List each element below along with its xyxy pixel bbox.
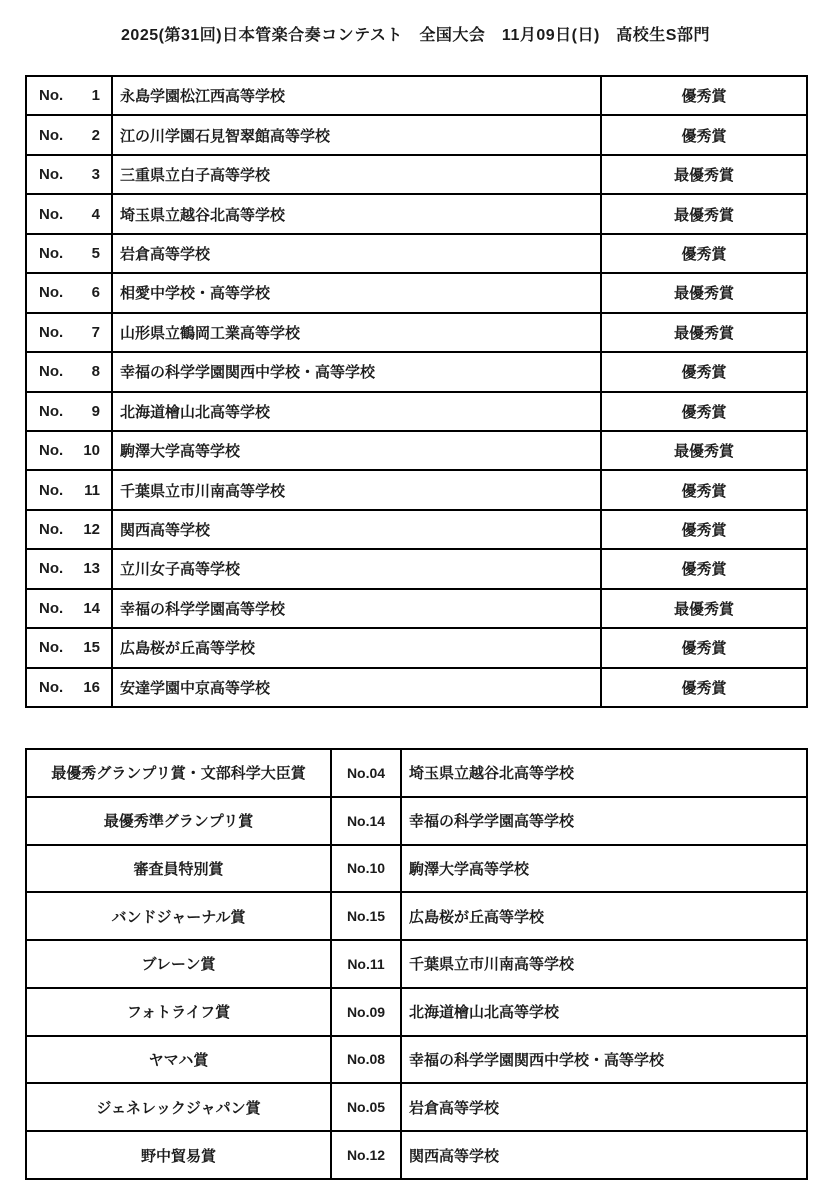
entry-number: 15 xyxy=(83,639,100,656)
result-row: No. 3 三重県立白子高等学校 最優秀賞 xyxy=(26,155,807,194)
winner-entry-number: No.09 xyxy=(331,988,401,1036)
entry-number-prefix: No. xyxy=(39,87,63,104)
school-name: 永島学園松江西高等学校 xyxy=(112,76,601,115)
entry-number-cell: No. 9 xyxy=(26,392,112,431)
entry-number-prefix: No. xyxy=(39,521,63,538)
winner-school-name: 広島桜が丘高等学校 xyxy=(401,892,807,940)
result-row: No. 5 岩倉高等学校 優秀賞 xyxy=(26,234,807,273)
award-name: 最優秀賞 xyxy=(601,194,807,233)
school-name: 埼玉県立越谷北高等学校 xyxy=(112,194,601,233)
entry-number: 5 xyxy=(92,245,100,262)
award-name: 最優秀賞 xyxy=(601,431,807,470)
winner-school-name: 関西高等学校 xyxy=(401,1131,807,1179)
winner-school-name: 埼玉県立越谷北高等学校 xyxy=(401,749,807,797)
special-award-row: ジェネレックジャパン賞 No.05 岩倉高等学校 xyxy=(26,1083,807,1131)
special-award-row: ブレーン賞 No.11 千葉県立市川南高等学校 xyxy=(26,940,807,988)
entry-number-cell: No. 1 xyxy=(26,76,112,115)
entry-number-cell: No. 6 xyxy=(26,273,112,312)
entry-number: 10 xyxy=(83,442,100,459)
award-name: 優秀賞 xyxy=(601,510,807,549)
special-award-row: バンドジャーナル賞 No.15 広島桜が丘高等学校 xyxy=(26,892,807,940)
special-award-name: ブレーン賞 xyxy=(26,940,331,988)
school-name: 幸福の科学学園関西中学校・高等学校 xyxy=(112,352,601,391)
entry-number-cell: No. 7 xyxy=(26,313,112,352)
school-name: 立川女子高等学校 xyxy=(112,549,601,588)
special-award-row: 最優秀グランプリ賞・文部科学大臣賞 No.04 埼玉県立越谷北高等学校 xyxy=(26,749,807,797)
award-name: 最優秀賞 xyxy=(601,273,807,312)
special-award-name: 審査員特別賞 xyxy=(26,845,331,893)
award-name: 優秀賞 xyxy=(601,549,807,588)
school-name: 幸福の科学学園高等学校 xyxy=(112,589,601,628)
entry-number-prefix: No. xyxy=(39,206,63,223)
entry-number-cell: No. 5 xyxy=(26,234,112,273)
special-award-name: ヤマハ賞 xyxy=(26,1036,331,1084)
results-document-page: 2025(第31回)日本管楽合奏コンテスト 全国大会 11月09日(日) 高校生… xyxy=(0,0,831,1200)
result-row: No. 12 関西高等学校 優秀賞 xyxy=(26,510,807,549)
winner-school-name: 岩倉高等学校 xyxy=(401,1083,807,1131)
result-row: No. 8 幸福の科学学園関西中学校・高等学校 優秀賞 xyxy=(26,352,807,391)
special-award-name: ジェネレックジャパン賞 xyxy=(26,1083,331,1131)
school-name: 江の川学園石見智翠館高等学校 xyxy=(112,115,601,154)
winner-entry-number: No.10 xyxy=(331,845,401,893)
award-name: 優秀賞 xyxy=(601,392,807,431)
school-name: 岩倉高等学校 xyxy=(112,234,601,273)
school-name: 山形県立鶴岡工業高等学校 xyxy=(112,313,601,352)
winner-school-name: 北海道檜山北高等学校 xyxy=(401,988,807,1036)
entry-number: 6 xyxy=(92,284,100,301)
school-name: 千葉県立市川南高等学校 xyxy=(112,470,601,509)
award-name: 最優秀賞 xyxy=(601,313,807,352)
special-awards-table: 最優秀グランプリ賞・文部科学大臣賞 No.04 埼玉県立越谷北高等学校 最優秀準… xyxy=(25,748,808,1180)
entry-number-prefix: No. xyxy=(39,482,63,499)
winner-entry-number: No.05 xyxy=(331,1083,401,1131)
winner-school-name: 駒澤大学高等学校 xyxy=(401,845,807,893)
entry-number-cell: No. 16 xyxy=(26,668,112,707)
entry-number: 2 xyxy=(92,127,100,144)
result-row: No. 11 千葉県立市川南高等学校 優秀賞 xyxy=(26,470,807,509)
result-row: No. 7 山形県立鶴岡工業高等学校 最優秀賞 xyxy=(26,313,807,352)
winner-entry-number: No.08 xyxy=(331,1036,401,1084)
school-name: 関西高等学校 xyxy=(112,510,601,549)
result-row: No. 2 江の川学園石見智翠館高等学校 優秀賞 xyxy=(26,115,807,154)
special-award-row: 最優秀準グランプリ賞 No.14 幸福の科学学園高等学校 xyxy=(26,797,807,845)
entry-number-prefix: No. xyxy=(39,679,63,696)
special-awards-table-body: 最優秀グランプリ賞・文部科学大臣賞 No.04 埼玉県立越谷北高等学校 最優秀準… xyxy=(26,749,807,1179)
school-name: 相愛中学校・高等学校 xyxy=(112,273,601,312)
entry-number: 13 xyxy=(83,560,100,577)
entry-number: 8 xyxy=(92,363,100,380)
result-row: No. 4 埼玉県立越谷北高等学校 最優秀賞 xyxy=(26,194,807,233)
entry-number-prefix: No. xyxy=(39,403,63,420)
entry-number-cell: No. 2 xyxy=(26,115,112,154)
result-row: No. 6 相愛中学校・高等学校 最優秀賞 xyxy=(26,273,807,312)
entry-number-prefix: No. xyxy=(39,245,63,262)
result-row: No. 10 駒澤大学高等学校 最優秀賞 xyxy=(26,431,807,470)
result-row: No. 9 北海道檜山北高等学校 優秀賞 xyxy=(26,392,807,431)
special-award-row: ヤマハ賞 No.08 幸福の科学学園関西中学校・高等学校 xyxy=(26,1036,807,1084)
entry-number-prefix: No. xyxy=(39,363,63,380)
results-table: No. 1 永島学園松江西高等学校 優秀賞 No. 2 江の川 xyxy=(25,75,808,708)
winner-entry-number: No.04 xyxy=(331,749,401,797)
winner-school-name: 千葉県立市川南高等学校 xyxy=(401,940,807,988)
entry-number: 7 xyxy=(92,324,100,341)
school-name: 北海道檜山北高等学校 xyxy=(112,392,601,431)
result-row: No. 15 広島桜が丘高等学校 優秀賞 xyxy=(26,628,807,667)
entry-number: 1 xyxy=(92,87,100,104)
result-row: No. 16 安達学園中京高等学校 優秀賞 xyxy=(26,668,807,707)
entry-number-prefix: No. xyxy=(39,442,63,459)
school-name: 三重県立白子高等学校 xyxy=(112,155,601,194)
winner-school-name: 幸福の科学学園高等学校 xyxy=(401,797,807,845)
winner-entry-number: No.12 xyxy=(331,1131,401,1179)
entry-number-cell: No. 12 xyxy=(26,510,112,549)
award-name: 優秀賞 xyxy=(601,234,807,273)
school-name: 広島桜が丘高等学校 xyxy=(112,628,601,667)
entry-number: 9 xyxy=(92,403,100,420)
entry-number-prefix: No. xyxy=(39,639,63,656)
entry-number: 3 xyxy=(92,166,100,183)
award-name: 最優秀賞 xyxy=(601,155,807,194)
special-award-name: 最優秀グランプリ賞・文部科学大臣賞 xyxy=(26,749,331,797)
winner-entry-number: No.11 xyxy=(331,940,401,988)
special-award-row: 審査員特別賞 No.10 駒澤大学高等学校 xyxy=(26,845,807,893)
winner-school-name: 幸福の科学学園関西中学校・高等学校 xyxy=(401,1036,807,1084)
award-name: 最優秀賞 xyxy=(601,589,807,628)
special-award-name: 野中貿易賞 xyxy=(26,1131,331,1179)
award-name: 優秀賞 xyxy=(601,352,807,391)
entry-number-cell: No. 4 xyxy=(26,194,112,233)
award-name: 優秀賞 xyxy=(601,628,807,667)
entry-number-prefix: No. xyxy=(39,127,63,144)
special-award-name: フォトライフ賞 xyxy=(26,988,331,1036)
entry-number: 11 xyxy=(84,482,100,499)
entry-number-prefix: No. xyxy=(39,600,63,617)
entry-number-prefix: No. xyxy=(39,560,63,577)
results-table-body: No. 1 永島学園松江西高等学校 優秀賞 No. 2 江の川 xyxy=(26,76,807,707)
entry-number-cell: No. 13 xyxy=(26,549,112,588)
result-row: No. 14 幸福の科学学園高等学校 最優秀賞 xyxy=(26,589,807,628)
result-row: No. 13 立川女子高等学校 優秀賞 xyxy=(26,549,807,588)
entry-number-cell: No. 14 xyxy=(26,589,112,628)
entry-number-cell: No. 3 xyxy=(26,155,112,194)
school-name: 駒澤大学高等学校 xyxy=(112,431,601,470)
result-row: No. 1 永島学園松江西高等学校 優秀賞 xyxy=(26,76,807,115)
entry-number-cell: No. 11 xyxy=(26,470,112,509)
winner-entry-number: No.15 xyxy=(331,892,401,940)
special-award-row: フォトライフ賞 No.09 北海道檜山北高等学校 xyxy=(26,988,807,1036)
special-award-row: 野中貿易賞 No.12 関西高等学校 xyxy=(26,1131,807,1179)
entry-number-prefix: No. xyxy=(39,166,63,183)
award-name: 優秀賞 xyxy=(601,470,807,509)
entry-number-prefix: No. xyxy=(39,324,63,341)
entry-number: 12 xyxy=(83,521,100,538)
entry-number-cell: No. 15 xyxy=(26,628,112,667)
page-title: 2025(第31回)日本管楽合奏コンテスト 全国大会 11月09日(日) 高校生… xyxy=(0,22,831,45)
entry-number-prefix: No. xyxy=(39,284,63,301)
entry-number: 14 xyxy=(83,600,100,617)
winner-entry-number: No.14 xyxy=(331,797,401,845)
entry-number: 16 xyxy=(83,679,100,696)
award-name: 優秀賞 xyxy=(601,76,807,115)
entry-number-cell: No. 10 xyxy=(26,431,112,470)
award-name: 優秀賞 xyxy=(601,115,807,154)
entry-number: 4 xyxy=(92,206,100,223)
special-award-name: バンドジャーナル賞 xyxy=(26,892,331,940)
special-award-name: 最優秀準グランプリ賞 xyxy=(26,797,331,845)
entry-number-cell: No. 8 xyxy=(26,352,112,391)
school-name: 安達学園中京高等学校 xyxy=(112,668,601,707)
award-name: 優秀賞 xyxy=(601,668,807,707)
